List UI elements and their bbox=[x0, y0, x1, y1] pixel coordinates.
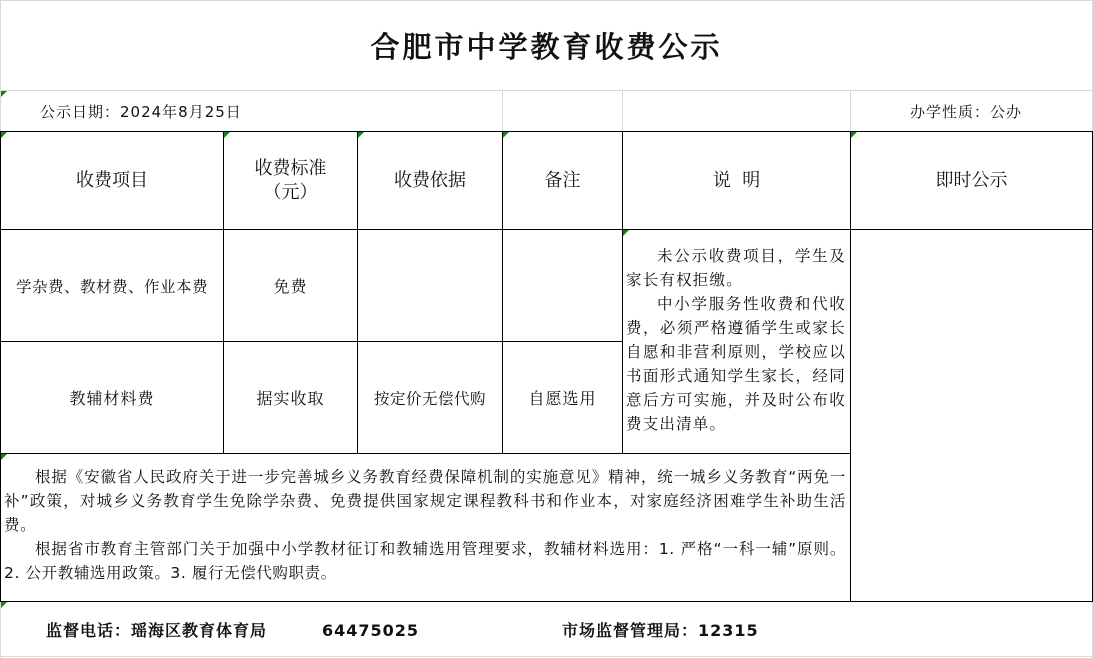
gridline bbox=[622, 90, 623, 131]
table-row-1-remark bbox=[503, 230, 622, 341]
header-label: 收费依据 bbox=[394, 169, 466, 193]
cell-marker-icon bbox=[1, 602, 7, 608]
table-row-1-standard: 免费 bbox=[224, 230, 357, 341]
header-label: 收费项目 bbox=[76, 169, 148, 193]
gridline bbox=[0, 656, 1093, 657]
explanation-paragraph: 中小学服务性收费和代收费，必须严格遵循学生或家长自愿和非营利原则，学校应以书面形… bbox=[626, 292, 846, 436]
explanation-paragraph: 未公示收费项目，学生及家长有权拒缴。 bbox=[626, 244, 846, 292]
header-label: 即时公示 bbox=[936, 169, 1008, 193]
header-label: 收费标准 bbox=[255, 157, 327, 181]
header-fee-basis: 收费依据 bbox=[358, 132, 502, 229]
header-remark: 备注 bbox=[503, 132, 622, 229]
notes-block: 根据《安徽省人民政府关于进一步完善城乡义务教育经费保障机制的实施意见》精神，统一… bbox=[4, 465, 846, 585]
gridline bbox=[850, 90, 851, 131]
supervision-hotline-label: 监督电话：瑶海区教育体育局 bbox=[46, 619, 267, 643]
school-type: 办学性质：公办 bbox=[910, 100, 1022, 124]
table-row-2-basis: 按定价无偿代购 bbox=[358, 342, 502, 453]
explanation-text: 未公示收费项目，学生及家长有权拒缴。 中小学服务性收费和代收费，必须严格遵循学生… bbox=[626, 244, 846, 436]
table-row-2-standard: 据实收取 bbox=[224, 342, 357, 453]
note-paragraph: 根据《安徽省人民政府关于进一步完善城乡义务教育经费保障机制的实施意见》精神，统一… bbox=[4, 465, 846, 537]
table-row-1-basis bbox=[358, 230, 502, 341]
header-explanation: 说 明 bbox=[623, 132, 850, 229]
cell-marker-icon bbox=[1, 91, 7, 97]
gridline bbox=[502, 90, 503, 131]
page-title: 合肥市中学教育收费公示 bbox=[0, 0, 1093, 90]
gridline bbox=[0, 90, 1093, 91]
header-fee-standard: 收费标准 （元） bbox=[224, 132, 357, 229]
header-label: 备注 bbox=[545, 169, 581, 193]
header-instant-notice: 即时公示 bbox=[851, 132, 1092, 229]
instant-notice-cell bbox=[851, 230, 1092, 601]
market-supervision-hotline: 市场监督管理局：12315 bbox=[562, 619, 759, 643]
table-border bbox=[0, 601, 1093, 602]
publish-date: 公示日期：2024年8月25日 bbox=[40, 100, 242, 124]
header-sublabel: （元） bbox=[264, 181, 318, 205]
note-paragraph: 根据省市教育主管部门关于加强中小学教材征订和教辅选用管理要求，教辅材料选用：1.… bbox=[4, 537, 846, 585]
table-row-2-item: 教辅材料费 bbox=[1, 342, 223, 453]
cell-marker-icon bbox=[623, 230, 629, 236]
supervision-hotline-number: 64475025 bbox=[322, 619, 419, 643]
table-border bbox=[0, 453, 850, 454]
table-row-1-item: 学杂费、教材费、作业本费 bbox=[1, 230, 223, 341]
table-row-2-remark: 自愿选用 bbox=[503, 342, 622, 453]
header-label: 说 明 bbox=[713, 169, 760, 193]
cell-marker-icon bbox=[1, 454, 7, 460]
header-fee-item: 收费项目 bbox=[1, 132, 223, 229]
